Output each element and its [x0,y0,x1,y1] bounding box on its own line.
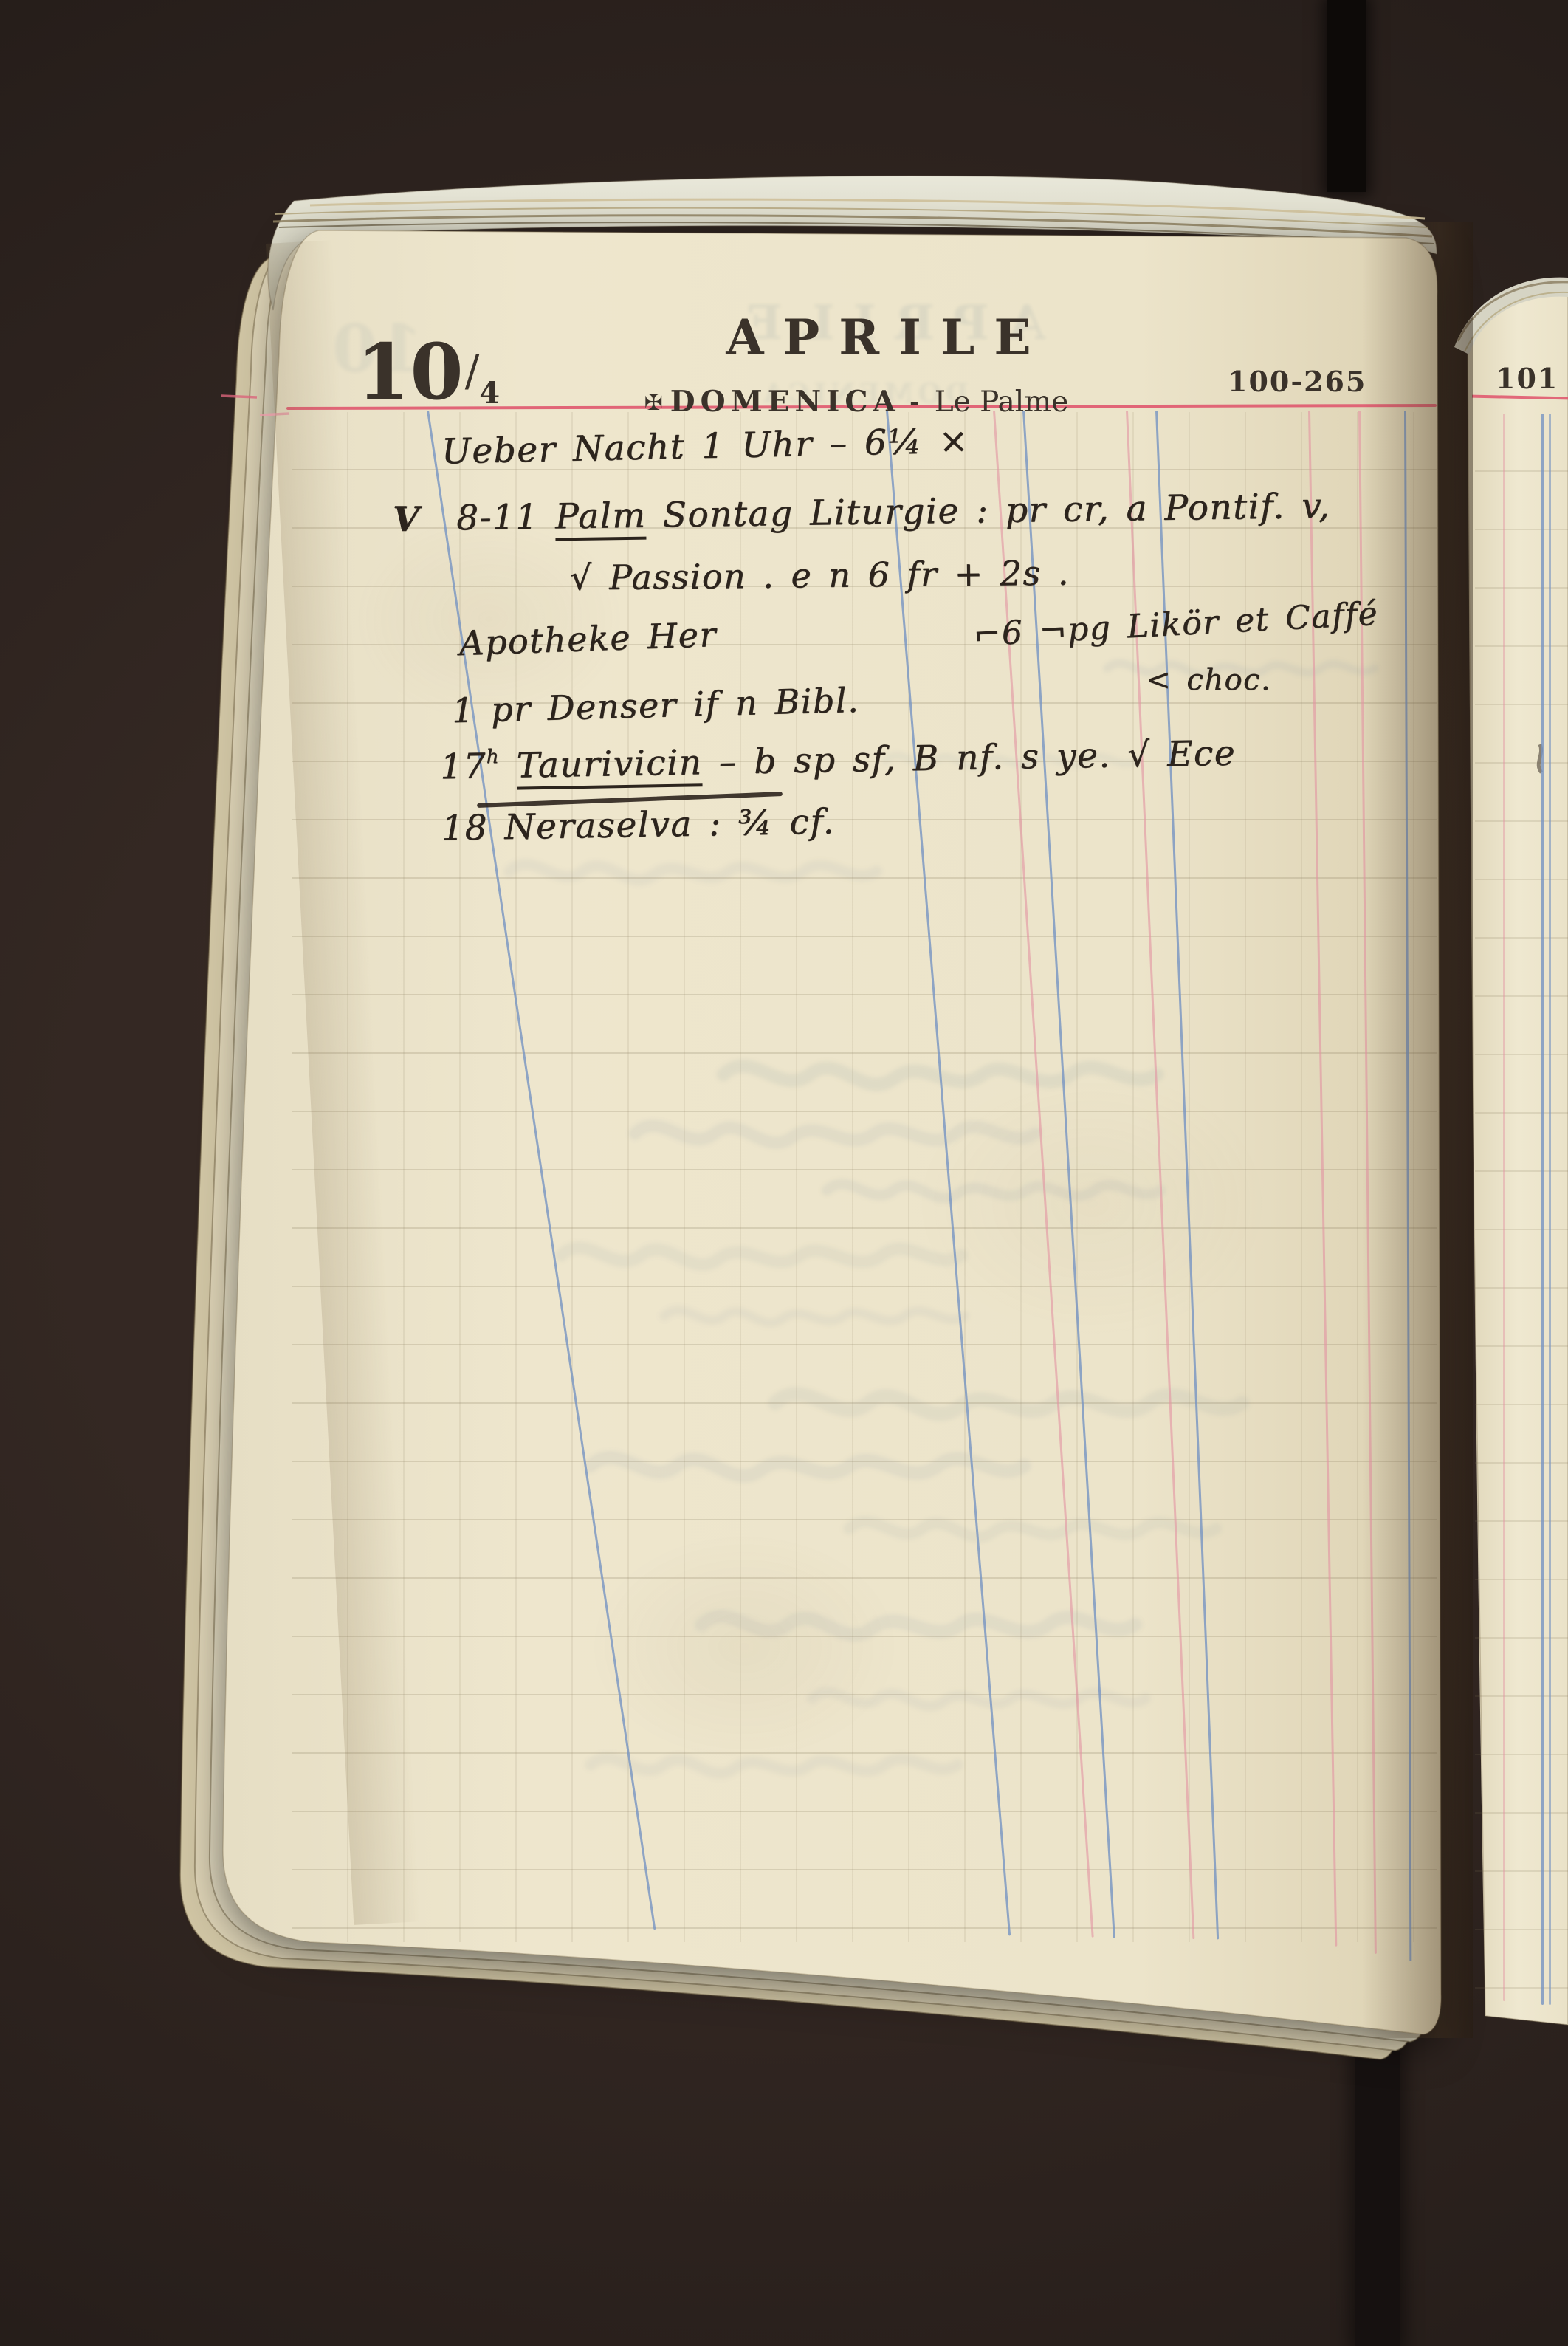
sliver-ink-mark [1538,744,1541,772]
diary-book [0,0,1568,2346]
right-page-sliver [1454,278,1568,2025]
diary-photo: APRILE DOMENICA 10 APRILE ✠DOMENICA - Le… [0,0,1568,2346]
